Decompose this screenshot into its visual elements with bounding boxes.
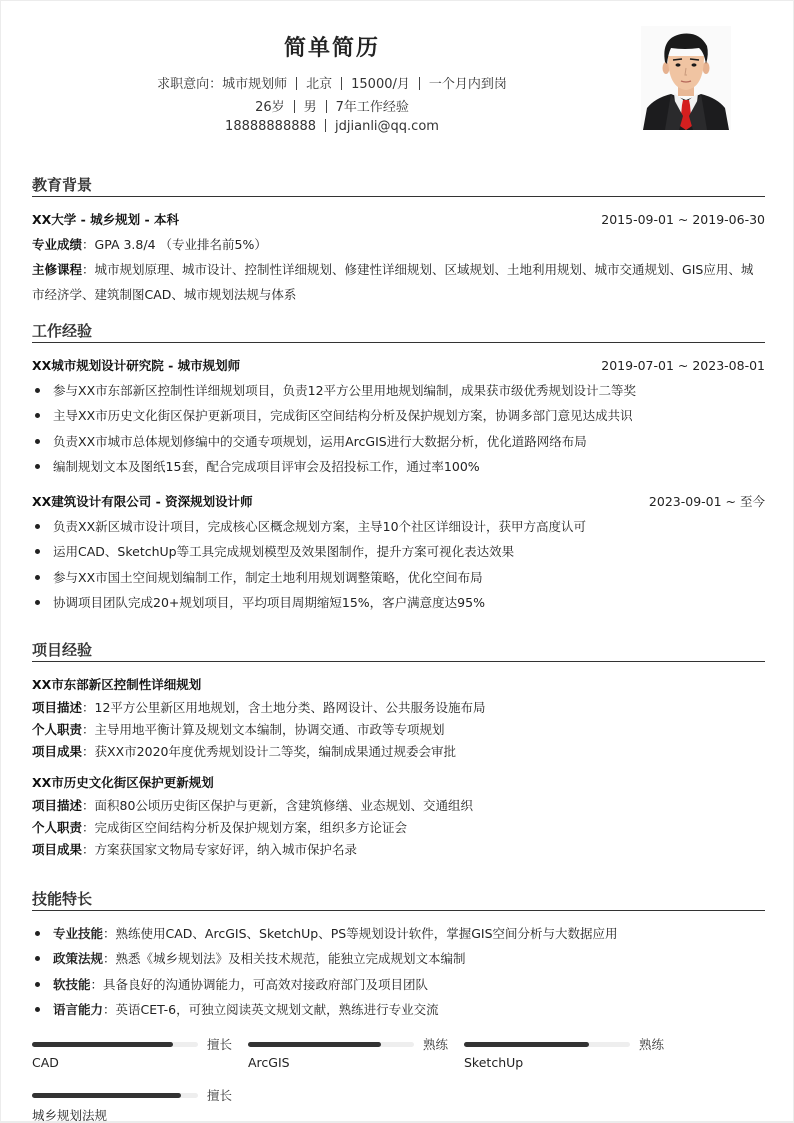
project-role: 个人职责：主导用地平衡计算及规划文本编制，协调交通、市政等专项规划	[32, 719, 765, 741]
progress-fill	[248, 1042, 381, 1047]
job-intent-line: 求职意向：城市规划师北京15000/月一个月内到岗	[1, 73, 663, 92]
skill-bar-cad: 擅长 CAD	[32, 1035, 242, 1080]
skill-bar-planning-law: 擅长 城乡规划法规	[32, 1086, 242, 1121]
field-value: 面积80公顷历史街区保护与更新，含建筑修缮、业态规划、交通组织	[95, 798, 473, 813]
field-label: 项目描述	[32, 798, 82, 813]
section-title: 技能特长	[32, 887, 765, 911]
list-item: 参与XX市东部新区控制性详细规划项目，负责12平方公里用地规划编制，成果获市级优…	[32, 378, 765, 403]
skill-label: 语言能力	[53, 1002, 103, 1017]
list-item: 运用CAD、SketchUp等工具完成规划模型及效果图制作，提升方案可视化表达效…	[32, 539, 765, 564]
salary: 15000/月	[351, 77, 410, 92]
phone: 18888888888	[225, 119, 316, 134]
list-item: 政策法规：熟悉《城乡规划法》及相关技术规范，能独立完成规划文本编制	[32, 946, 765, 971]
divider	[341, 77, 342, 90]
project-name: XX市东部新区控制性详细规划	[32, 672, 765, 697]
skill-level: 熟练	[423, 1035, 448, 1053]
job-header: XX城市规划设计研究院 - 城市规划师 2019-07-01 ~ 2023-08…	[32, 353, 765, 378]
company-role: XX建筑设计有限公司 - 资深规划设计师	[32, 489, 253, 514]
resume-header: 简单简历 求职意向：城市规划师北京15000/月一个月内到岗 26岁男7年工作经…	[1, 1, 793, 151]
skill-name: SketchUp	[464, 1055, 523, 1070]
divider	[325, 119, 326, 132]
work-section: 工作经验 XX城市规划设计研究院 - 城市规划师 2019-07-01 ~ 20…	[32, 319, 765, 615]
job-intent: 求职意向：城市规划师	[157, 77, 287, 92]
divider	[296, 77, 297, 90]
list-item: 参与XX市国土空间规划编制工作，制定土地利用规划调整策略，优化空间布局	[32, 565, 765, 590]
field-label: 专业成绩	[32, 237, 82, 252]
job-bullets: 参与XX市东部新区控制性详细规划项目，负责12平方公里用地规划编制，成果获市级优…	[32, 378, 765, 479]
list-item: 主导XX市历史文化街区保护更新项目，完成街区空间结构分析及保护规划方案，协调多部…	[32, 403, 765, 428]
project-result: 项目成果：方案获国家文物局专家好评，纳入城市保护名录	[32, 839, 765, 861]
project-result: 项目成果：获XX市2020年度优秀规划设计二等奖，编制成果通过规委会审批	[32, 741, 765, 763]
education-header: XX大学 - 城乡规划 - 本科 2015-09-01 ~ 2019-06-30	[32, 207, 765, 232]
list-item: 负责XX新区城市设计项目，完成核心区概念规划方案，主导10个社区详细设计，获甲方…	[32, 514, 765, 539]
gpa-value: GPA 3.8/4 （专业排名前5%）	[95, 237, 267, 252]
courses-line: 主修课程：城市规划原理、城市设计、控制性详细规划、修建性详细规划、区域规划、土地…	[32, 257, 765, 307]
list-item: 语言能力：英语CET-6，可独立阅读英文规划文献，熟练进行专业交流	[32, 997, 765, 1022]
availability: 一个月内到岗	[429, 77, 507, 92]
field-label: 个人职责	[32, 722, 82, 737]
list-item: 协调项目团队完成20+规划项目，平均项目周期缩短15%，客户满意度达95%	[32, 590, 765, 615]
email: jdjianli@qq.com	[335, 119, 439, 134]
date-range: 2023-09-01 ~ 至今	[649, 489, 765, 514]
skill-text: 熟悉《城乡规划法》及相关技术规范，能独立完成规划文本编制	[116, 951, 466, 966]
skill-label: 软技能	[53, 977, 91, 992]
date-range: 2019-07-01 ~ 2023-08-01	[601, 353, 765, 378]
school-name: XX大学 - 城乡规划 - 本科	[32, 207, 179, 232]
field-value: 完成街区空间结构分析及保护规划方案，组织多方论证会	[95, 820, 408, 835]
skill-text: 英语CET-6，可独立阅读英文规划文献，熟练进行专业交流	[116, 1002, 439, 1017]
gender: 男	[304, 100, 317, 115]
skill-label: 政策法规	[53, 951, 103, 966]
education-section: 教育背景 XX大学 - 城乡规划 - 本科 2015-09-01 ~ 2019-…	[32, 173, 765, 307]
project-desc: 项目描述：面积80公顷历史街区保护与更新，含建筑修缮、业态规划、交通组织	[32, 795, 765, 817]
company-role: XX城市规划设计研究院 - 城市规划师	[32, 353, 240, 378]
field-label: 项目成果	[32, 842, 82, 857]
contact-line: 18888888888jdjianli@qq.com	[1, 119, 663, 134]
field-label: 项目成果	[32, 744, 82, 759]
skill-name: 城乡规划法规	[32, 1106, 107, 1121]
divider	[326, 100, 327, 113]
progress-track	[32, 1093, 198, 1098]
date-range: 2015-09-01 ~ 2019-06-30	[601, 207, 765, 232]
field-label: 项目描述	[32, 700, 82, 715]
resume-page: 简单简历 求职意向：城市规划师北京15000/月一个月内到岗 26岁男7年工作经…	[1, 1, 793, 1121]
avatar	[641, 26, 731, 130]
project-name: XX市历史文化街区保护更新规划	[32, 770, 765, 795]
skills-bullets: 专业技能：熟练使用CAD、ArcGIS、SketchUp、PS等规划设计软件，掌…	[32, 921, 765, 1022]
skill-text: 具备良好的沟通协调能力，可高效对接政府部门及项目团队	[103, 977, 428, 992]
skill-name: ArcGIS	[248, 1055, 290, 1070]
section-title: 工作经验	[32, 319, 765, 343]
project-role: 个人职责：完成街区空间结构分析及保护规划方案，组织多方论证会	[32, 817, 765, 839]
gpa-line: 专业成绩：GPA 3.8/4 （专业排名前5%）	[32, 232, 765, 257]
experience-years: 7年工作经验	[336, 100, 409, 115]
skill-bars: 擅长 CAD 熟练 ArcGIS 熟练 SketchUp 擅长 城乡规划法规	[32, 1035, 765, 1121]
section-title: 项目经验	[32, 638, 765, 662]
skill-bar-sketchup: 熟练 SketchUp	[464, 1035, 674, 1080]
project-desc: 项目描述：12平方公里新区用地规划，含土地分类、路网设计、公共服务设施布局	[32, 697, 765, 719]
progress-fill	[464, 1042, 589, 1047]
divider	[419, 77, 420, 90]
field-value: 获XX市2020年度优秀规划设计二等奖，编制成果通过规委会审批	[95, 744, 456, 759]
field-value: 方案获国家文物局专家好评，纳入城市保护名录	[95, 842, 358, 857]
section-title: 教育背景	[32, 173, 765, 197]
list-item: 编制规划文本及图纸15套，配合完成项目评审会及招投标工作，通过率100%	[32, 454, 765, 479]
job-bullets: 负责XX新区城市设计项目，完成核心区概念规划方案，主导10个社区详细设计，获甲方…	[32, 514, 765, 615]
courses-value: 城市规划原理、城市设计、控制性详细规划、修建性详细规划、区域规划、土地利用规划、…	[32, 262, 753, 302]
progress-track	[32, 1042, 198, 1047]
skill-name: CAD	[32, 1055, 59, 1070]
list-item: 专业技能：熟练使用CAD、ArcGIS、SketchUp、PS等规划设计软件，掌…	[32, 921, 765, 946]
skill-label: 专业技能	[53, 926, 103, 941]
age: 26岁	[255, 100, 285, 115]
projects-section: 项目经验 XX市东部新区控制性详细规划 项目描述：12平方公里新区用地规划，含土…	[32, 638, 765, 861]
divider	[294, 100, 295, 113]
personal-info-line: 26岁男7年工作经验	[1, 96, 663, 115]
progress-fill	[32, 1042, 173, 1047]
field-value: 12平方公里新区用地规划，含土地分类、路网设计、公共服务设施布局	[95, 700, 486, 715]
skills-section: 技能特长 专业技能：熟练使用CAD、ArcGIS、SketchUp、PS等规划设…	[32, 887, 765, 1022]
field-value: 主导用地平衡计算及规划文本编制，协调交通、市政等专项规划	[95, 722, 445, 737]
skill-level: 熟练	[639, 1035, 664, 1053]
skill-bar-arcgis: 熟练 ArcGIS	[248, 1035, 458, 1080]
skill-level: 擅长	[207, 1086, 232, 1104]
progress-track	[464, 1042, 630, 1047]
avatar-portrait-icon	[641, 26, 731, 130]
progress-fill	[32, 1093, 181, 1098]
list-item: 软技能：具备良好的沟通协调能力，可高效对接政府部门及项目团队	[32, 972, 765, 997]
job-header: XX建筑设计有限公司 - 资深规划设计师 2023-09-01 ~ 至今	[32, 489, 765, 514]
field-label: 个人职责	[32, 820, 82, 835]
list-item: 负责XX市城市总体规划修编中的交通专项规划，运用ArcGIS进行大数据分析，优化…	[32, 429, 765, 454]
progress-track	[248, 1042, 414, 1047]
location: 北京	[306, 77, 332, 92]
field-label: 主修课程	[32, 262, 82, 277]
resume-title: 简单简历	[1, 31, 663, 62]
skill-text: 熟练使用CAD、ArcGIS、SketchUp、PS等规划设计软件，掌握GIS空…	[116, 926, 618, 941]
skill-level: 擅长	[207, 1035, 232, 1053]
